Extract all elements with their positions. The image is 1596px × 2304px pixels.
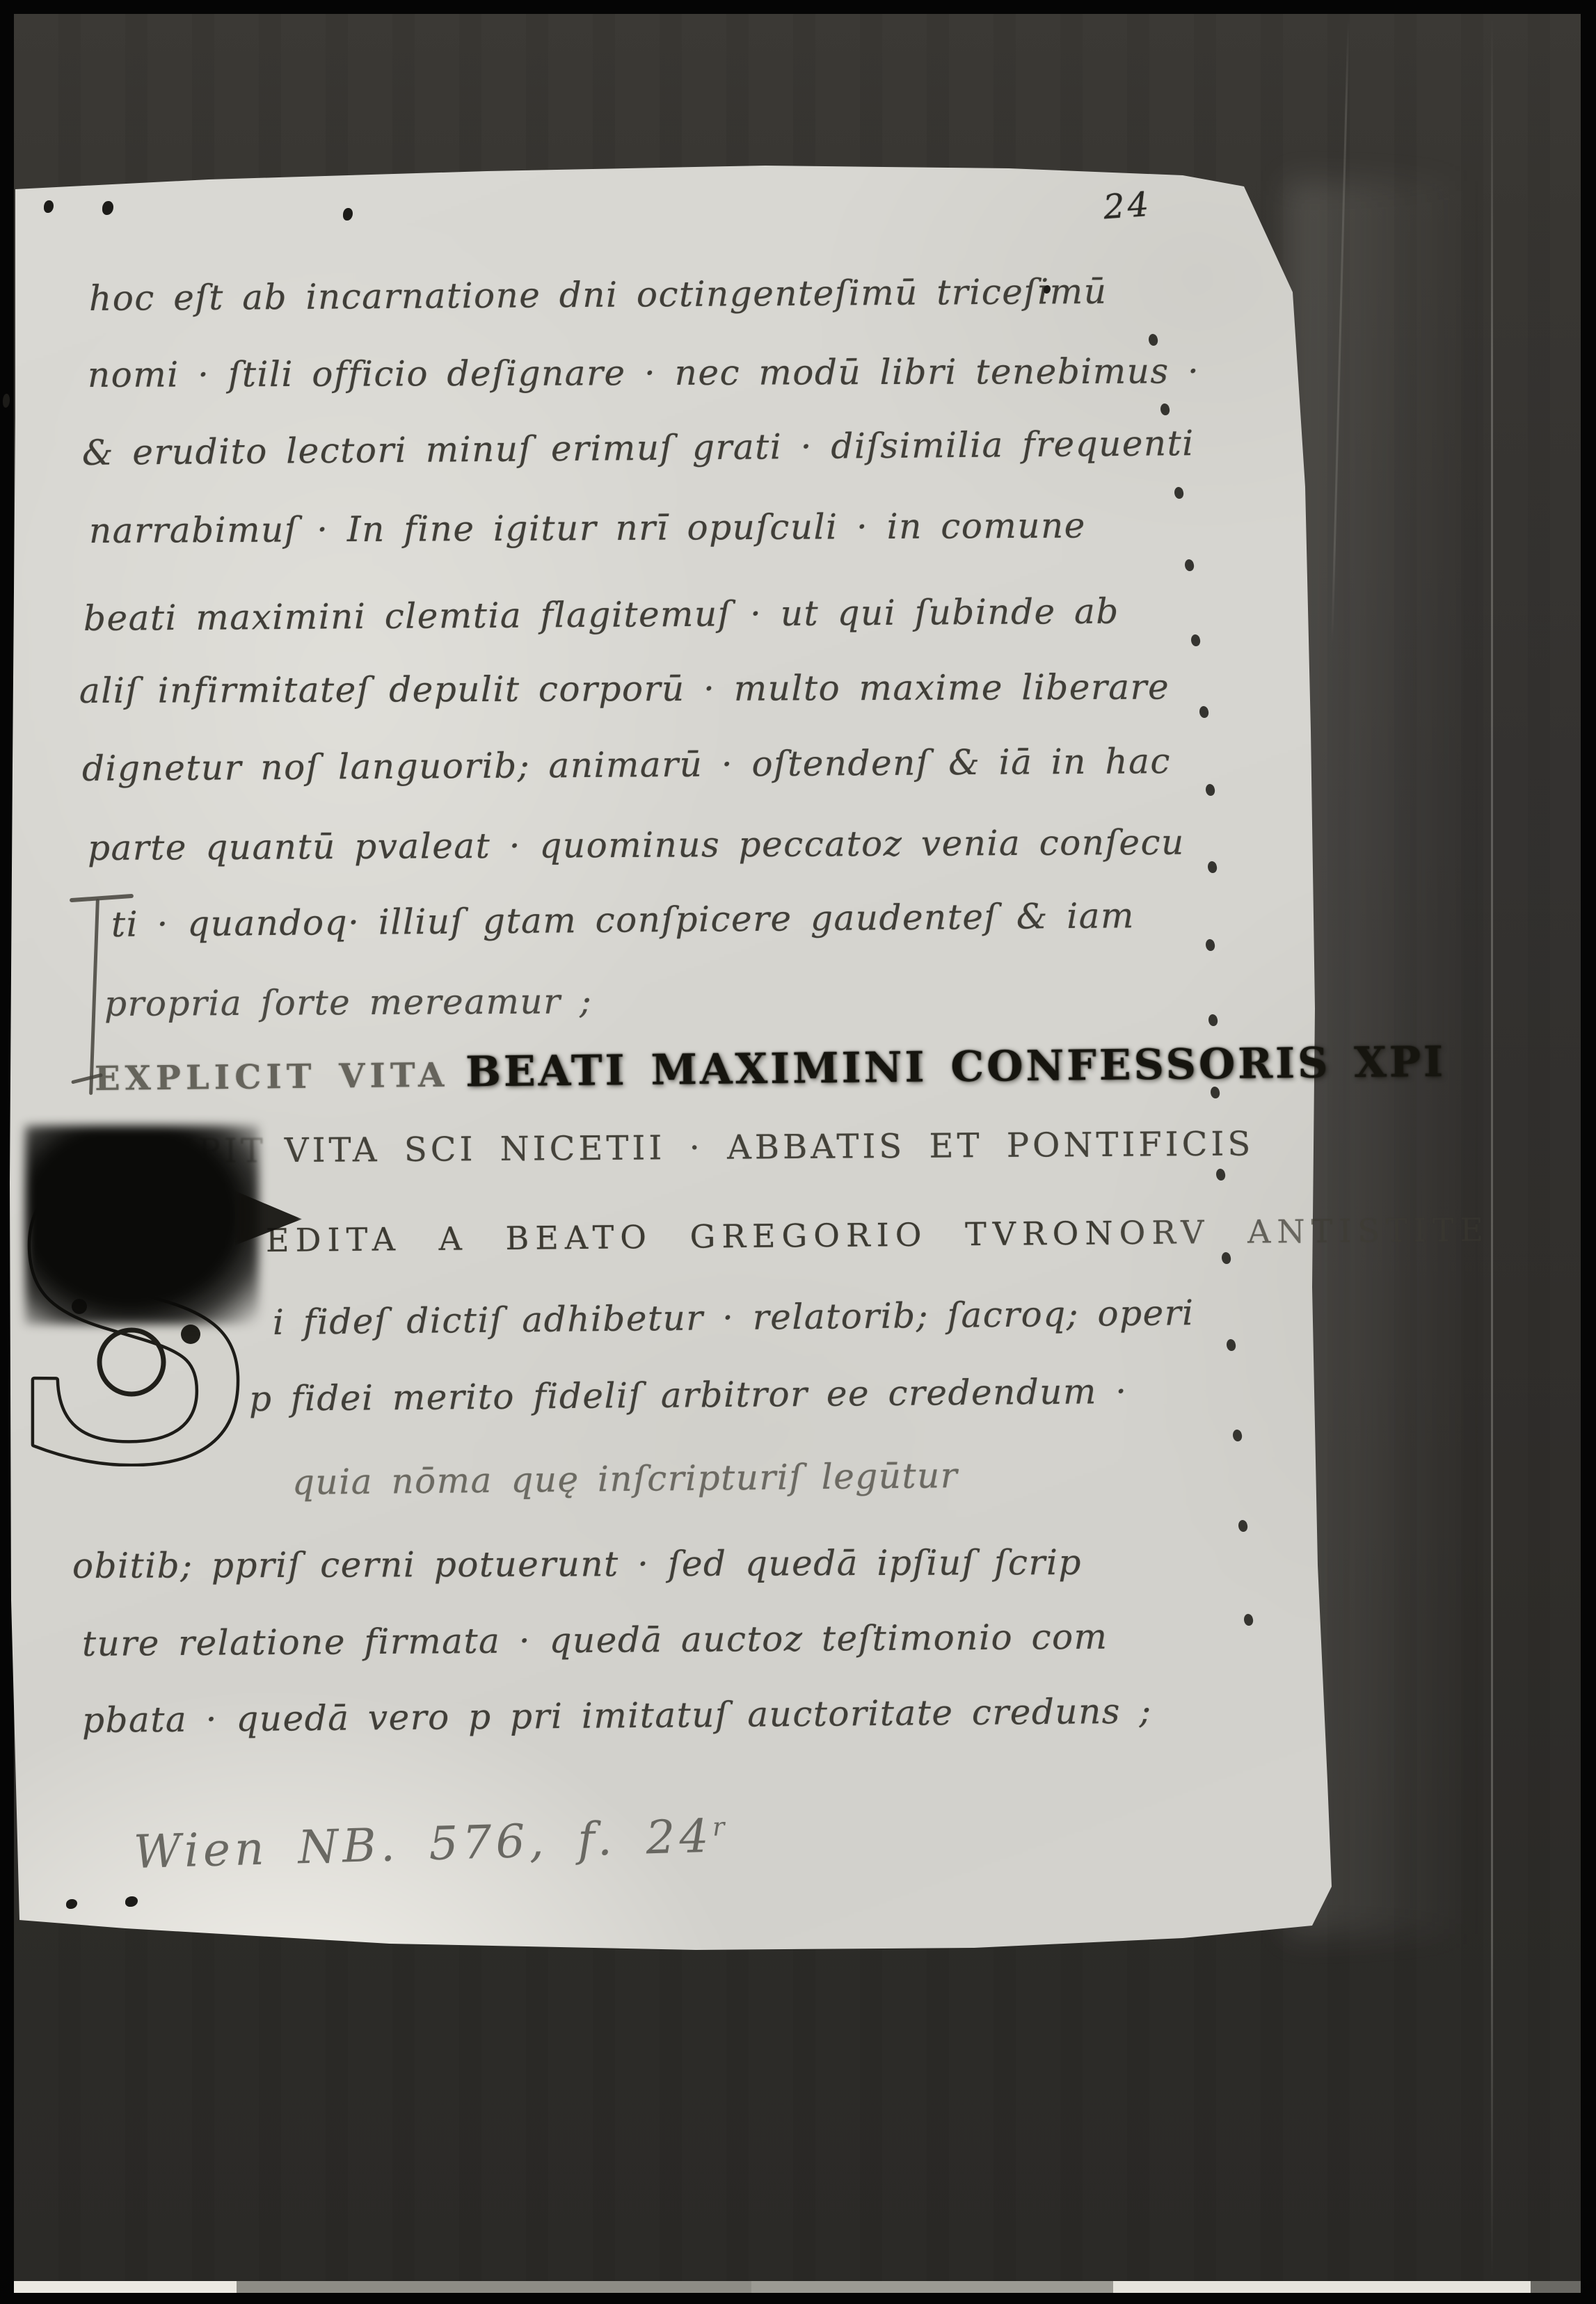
pricking-dot: [1204, 938, 1216, 952]
pricking-dot: [1206, 861, 1218, 874]
pricking-dot: [1215, 1168, 1227, 1182]
shelfmark-superscript: r: [712, 1811, 729, 1842]
strip-segment: [237, 2281, 751, 2293]
strip-segment: [1531, 2281, 1581, 2293]
text-line: dignetur noſ languorib; animarū · oſtend…: [82, 741, 1171, 789]
text-line: pbata · quedā vero p pri imitatuſ auctor…: [82, 1691, 1152, 1741]
strip-segment: [14, 2281, 237, 2293]
text-line: propria ſorte mereamur ;: [104, 981, 593, 1024]
pricking-dot: [1237, 1519, 1249, 1533]
text-line: aliſ infirmitateſ depulit corporū · mult…: [79, 667, 1170, 711]
strip-segment: [1113, 2281, 1531, 2293]
pricking-dot: [1183, 559, 1195, 573]
pencil-shelfmark: Wien NB. 576, f. 24r: [133, 1809, 730, 1879]
page-content-layer: 24 hoc eſt ab incarnatione dni octingent…: [0, 0, 1596, 2304]
page-speck: [343, 208, 353, 221]
page-speck: [44, 200, 54, 213]
interlace-knot: [181, 1325, 200, 1344]
pricking-dot: [1243, 1613, 1254, 1627]
pricking-dot: [1231, 1429, 1243, 1443]
text-line: ti · quandoq· illiuſ gtam conſpicere gau…: [111, 895, 1135, 945]
pricking-dot: [1173, 486, 1185, 500]
text-line: ture relatione firmata · quedā auctoz te…: [82, 1617, 1108, 1664]
folio-number: 24: [1102, 185, 1153, 227]
text-line: p fidei merito fideliſ arbitror ee crede…: [249, 1371, 1128, 1419]
rubric-bold-part: BEATI MAXIMINI CONFESSORIS XPI: [465, 1038, 1446, 1097]
page-speck: [125, 1896, 138, 1907]
text-line: narrabimuſ · In fine igitur nrī opuſculi…: [89, 505, 1086, 551]
manuscript-photo-stage: 24 hoc eſt ab incarnatione dni octingent…: [0, 0, 1596, 2304]
text-line: beati maximini clemtia flagitemuſ · ut q…: [83, 591, 1119, 639]
edita-caps-line: EDITA A BEATO GREGORIO TVRONORV ANTISTIT…: [266, 1211, 1490, 1259]
page-speck: [102, 201, 113, 215]
strip-segment: [751, 2281, 1113, 2293]
rubric-explicit-line: EXPLICIT VITABEATI MAXIMINI CONFESSORIS …: [95, 1038, 1446, 1101]
rubric-faint-part: EXPLICIT VITA: [95, 1056, 449, 1098]
pricking-dot: [1220, 1251, 1232, 1265]
page-speck: [66, 1899, 77, 1909]
text-line: quia nōma quę inſcripturiſ legūtur: [292, 1455, 959, 1503]
incipit-heading-line: INCIPITVITA SCI NICETII · ABBATIS ET PON…: [103, 1124, 1254, 1171]
incipit-main-part: VITA SCI NICETII · ABBATIS ET PONTIFICIS: [285, 1124, 1254, 1170]
text-line: obitib; ppriſ cerni potuerunt · ſed qued…: [72, 1542, 1082, 1586]
pricking-dot: [1225, 1338, 1237, 1352]
pricking-dot: [1198, 705, 1210, 719]
text-line: nomi · ſtili officio deſignare · nec mod…: [88, 351, 1200, 395]
marginal-flourish: [70, 894, 134, 902]
text-line: hoc eſt ab incarnatione dni octingenteſi…: [89, 271, 1108, 319]
pricking-dot: [1190, 634, 1202, 648]
text-line: i fideſ dictiſ adhibetur · relatorib; ſa…: [273, 1293, 1195, 1343]
shelfmark-text: Wien NB. 576, f. 24: [133, 1809, 713, 1879]
ink-smudge: [25, 1126, 259, 1325]
pricking-dot: [1159, 403, 1171, 417]
page-speck: [3, 394, 10, 408]
text-line: parte quantū pvaleat · quominus peccatoz…: [88, 822, 1185, 868]
pricking-dot: [1207, 1014, 1219, 1027]
pricking-dot: [1147, 333, 1159, 347]
photo-bottom-strip: [14, 2281, 1581, 2293]
text-line: & erudito lectori minuſ erimuſ grati · d…: [82, 423, 1195, 473]
pricking-dot: [1204, 783, 1216, 797]
